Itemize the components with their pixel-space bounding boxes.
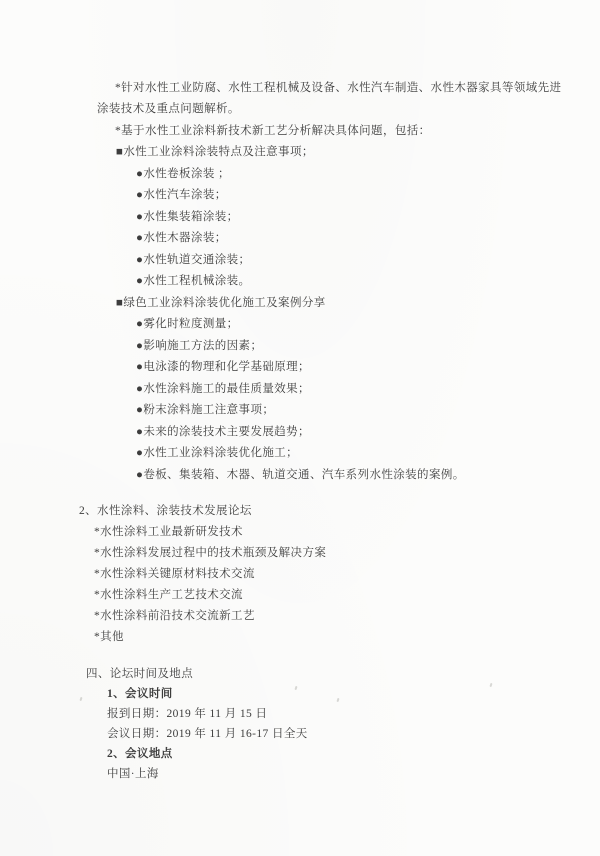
section-forum-topics: 2、水性涂料、涂装技术发展论坛*水性涂料工业最新研发技术*水性涂料发展过程中的技…: [0, 500, 600, 647]
agenda-paragraph-line: *基于水性工业涂料新技术新工艺分析解决具体问题，包括：: [115, 119, 600, 141]
agenda-paragraph-line: 涂装技术及重点问题解析。: [97, 98, 600, 120]
section-header: 四、论坛时间及地点: [86, 663, 600, 683]
sub-bullet-item: ●水性轨道交通涂装；: [136, 248, 600, 270]
topic-item: *其他: [94, 626, 600, 647]
topic-item: *水性涂料生产工艺技术交流: [94, 584, 600, 605]
section-agenda-detail: *针对水性工业防腐、水性工程机械及设备、水性汽车制造、水性木器家具等领域先进涂装…: [0, 76, 600, 485]
sub-bullet-item: ●电泳漆的物理和化学基础原理；: [136, 356, 600, 378]
topic-item: *水性涂料关键原材料技术交流: [94, 563, 600, 584]
sub-bullet-item: ●水性木器涂装；: [136, 227, 600, 249]
detail-line: 报到日期：2019 年 11 月 15 日: [107, 703, 600, 723]
section-time-place: 四、论坛时间及地点1、会议时间报到日期：2019 年 11 月 15 日会议日期…: [0, 663, 600, 783]
sub-section-header: 1、会议时间: [107, 683, 600, 703]
sub-section-header: 2、会议地点: [107, 743, 600, 763]
sub-bullet-item: ●水性涂料施工的最佳质量效果；: [136, 377, 600, 399]
topic-item: *水性涂料工业最新研发技术: [94, 521, 600, 542]
section-header: 2、水性涂料、涂装技术发展论坛: [79, 500, 600, 521]
sub-bullet-item: ●水性汽车涂装；: [136, 184, 600, 206]
sub-bullet-item: ●未来的涂装技术主要发展趋势；: [136, 420, 600, 442]
agenda-paragraph-line: *针对水性工业防腐、水性工程机械及设备、水性汽车制造、水性木器家具等领域先进: [115, 76, 600, 98]
detail-line: 中国·上海: [107, 763, 600, 783]
detail-line: 会议日期：2019 年 11 月 16-17 日全天: [107, 723, 600, 743]
sub-bullet-item: ●水性工程机械涂装。: [136, 270, 600, 292]
scanned-document-page: *针对水性工业防腐、水性工程机械及设备、水性汽车制造、水性木器家具等领域先进涂装…: [0, 0, 600, 856]
topic-item: *水性涂料前沿技术交流新工艺: [94, 605, 600, 626]
sub-bullet-item: ●水性集装箱涂装；: [136, 205, 600, 227]
document-body: *针对水性工业防腐、水性工程机械及设备、水性汽车制造、水性木器家具等领域先进涂装…: [0, 76, 600, 783]
sub-bullet-item: ●水性工业涂料涂装优化施工；: [136, 442, 600, 464]
sub-bullet-item: ●粉末涂料施工注意事项；: [136, 399, 600, 421]
sub-bullet-item: ●水性卷板涂装 ；: [136, 162, 600, 184]
section-bullet-heading: ■绿色工业涂料涂装优化施工及案例分享: [116, 291, 600, 313]
sub-bullet-item: ●雾化时粒度测量；: [136, 313, 600, 335]
sub-bullet-item: ●卷板、集装箱、木器、轨道交通、汽车系列水性涂装的案例。: [136, 463, 600, 485]
sub-bullet-item: ●影响施工方法的因素；: [136, 334, 600, 356]
section-bullet-heading: ■水性工业涂料涂装特点及注意事项；: [116, 141, 600, 163]
topic-item: *水性涂料发展过程中的技术瓶颈及解决方案: [94, 542, 600, 563]
